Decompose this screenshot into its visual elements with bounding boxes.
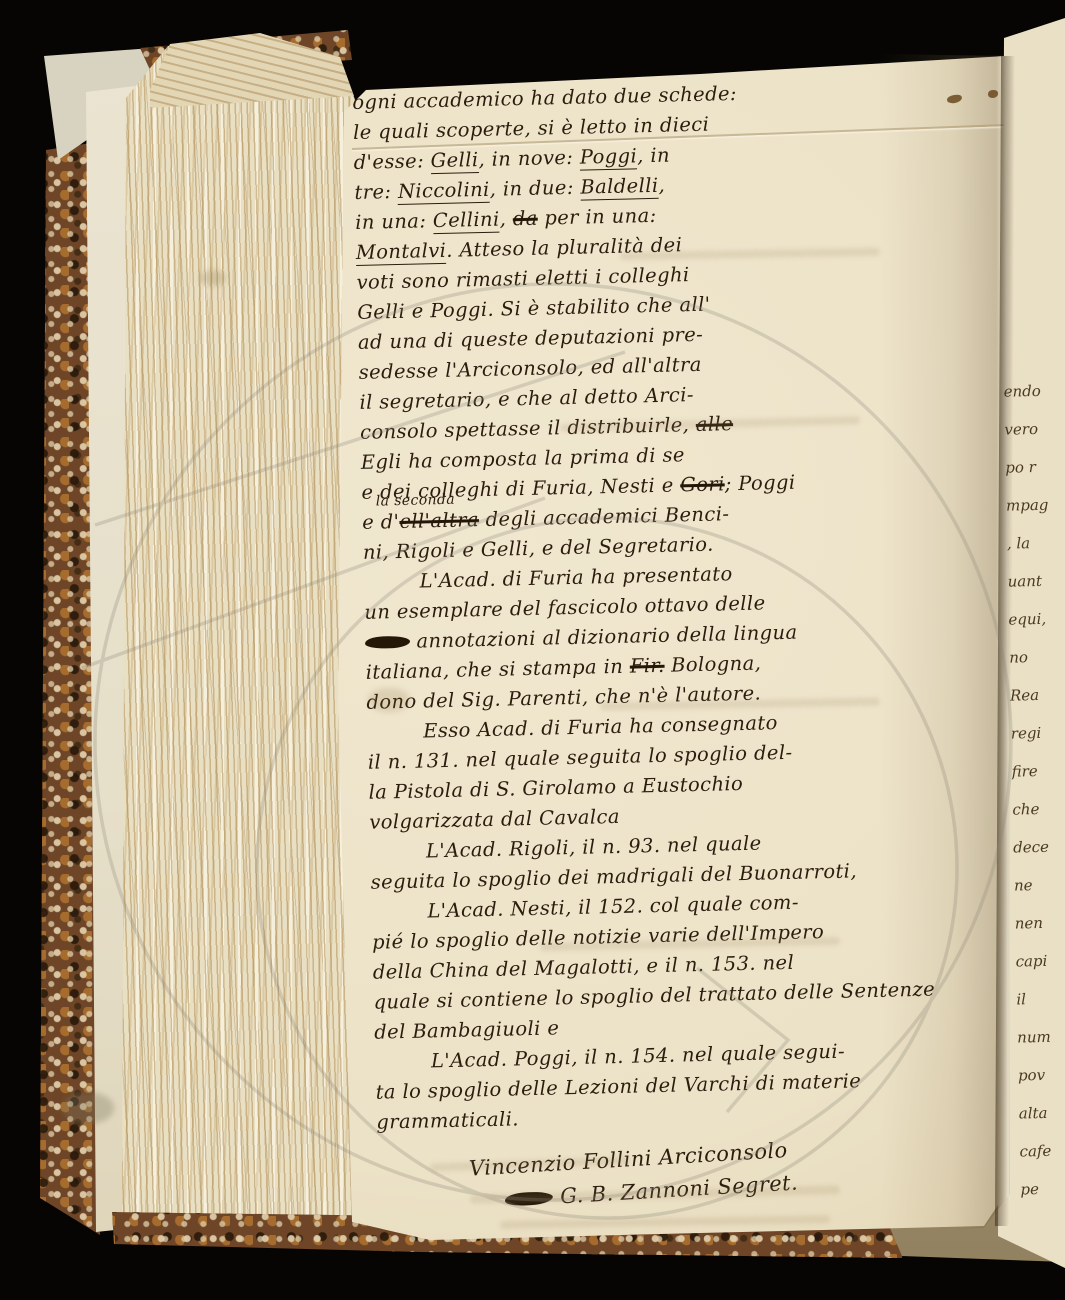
handwriting-segment: annotazioni al dizionario della lingua	[410, 621, 798, 653]
handwriting-segment: Fir.	[630, 654, 665, 678]
facing-page-fragment: nen	[1014, 903, 1065, 942]
facing-page-fragment: no	[1009, 637, 1065, 676]
facing-page-fragment: , la	[1006, 523, 1062, 562]
facing-page-fragment: num	[1017, 1017, 1065, 1056]
handwriting-segment: volgarizzata dal Cavalca	[369, 805, 620, 834]
interlinear-insertion: la seconda	[376, 493, 456, 509]
facing-page-fragment: alta	[1018, 1093, 1065, 1132]
handwriting-segment: Niccolini	[398, 178, 490, 205]
handwriting-segment: Poggi	[580, 144, 638, 170]
handwriting-segment: ni, Rigoli e Gelli, e del Segretario.	[363, 533, 714, 564]
handwriting-segment: grammaticali.	[376, 1107, 519, 1133]
handwriting-segment: Bologna,	[664, 652, 761, 677]
endpaper-smudge	[62, 1092, 114, 1124]
handwriting-segment: la Pistola di S. Girolamo a Eustochio	[368, 772, 743, 804]
facing-page-fragment: che	[1012, 789, 1065, 828]
handwriting-segment: , in due:	[489, 176, 580, 201]
handwriting-segment: ,	[658, 174, 665, 197]
handwriting-segment: Montalvi	[356, 239, 447, 266]
handwriting-segment: , in nove:	[478, 146, 580, 171]
handwriting-segment: in una:	[355, 209, 433, 234]
handwriting-segment: voti sono rimasti eletti i colleghi	[356, 263, 689, 294]
handwriting-segment: , in	[637, 144, 670, 168]
facing-page-fragment: equi,	[1008, 599, 1064, 638]
facing-page-fragment: capi	[1015, 941, 1065, 980]
facing-page-fragment: po r	[1005, 447, 1061, 486]
facing-page-fragment: Rea	[1010, 675, 1065, 714]
handwriting-segment: degli accademici Benci-	[479, 502, 730, 531]
handwriting-segment: d'esse:	[353, 149, 430, 174]
handwriting-segment: L'Acad. di Furia ha presentato	[419, 562, 733, 592]
handwriting-segment: Gelli	[430, 148, 478, 174]
handwriting-segment: L'Acad. Rigoli, il n. 93. nel quale	[426, 832, 762, 863]
manuscript-text: ogni accademico ha dato due schede:le qu…	[352, 72, 1050, 1212]
ink-blot	[365, 636, 410, 649]
handwriting-segment: tre:	[354, 180, 398, 204]
facing-page-fragment: mpag	[1006, 485, 1062, 524]
handwriting-segment: e d'	[362, 510, 400, 534]
handwriting-segment: ell'altra	[399, 508, 479, 533]
handwriting-segment: da	[513, 207, 538, 231]
handwriting-segment: italiana, che si stampa in	[365, 655, 630, 684]
handwriting-segment: ; Poggi	[724, 471, 795, 496]
handwriting-segment: Egli ha composta la prima di se	[361, 443, 686, 474]
facing-page-fragment: fire	[1011, 751, 1065, 790]
handwriting-segment: le quali scoperte, si è letto in dieci	[353, 113, 710, 144]
endpaper-stain	[200, 270, 226, 286]
handwriting-segment: Gelli e Poggi. Si è stabilito che all'	[357, 293, 711, 324]
handwriting-segment: sedesse l'Arciconsolo, ed all'altra	[358, 353, 702, 384]
handwriting-segment: Baldelli	[580, 174, 659, 201]
facing-page-fragment: dece	[1013, 827, 1065, 866]
facing-page-fragment: il	[1016, 979, 1065, 1018]
handwriting-segment: ad una di queste deputazioni pre-	[358, 323, 704, 354]
facing-page-fragment: regi	[1010, 713, 1065, 752]
handwriting-segment: Cellini	[433, 208, 500, 235]
handwriting-segment: L'Acad. Nesti, il 152. col quale com-	[427, 891, 799, 923]
page-stain	[368, 688, 410, 712]
facing-page-fragment: uant	[1007, 561, 1063, 600]
handwriting-segment: Gori	[680, 472, 725, 496]
handwriting-segment: ,	[499, 207, 513, 230]
facing-page-fragment: vero	[1004, 410, 1060, 449]
facing-page-fragment: cafe	[1019, 1131, 1065, 1170]
facing-page-fragment: endo	[1003, 372, 1059, 411]
handwriting-segment: per in una:	[537, 204, 656, 230]
facing-page-fragment: pe	[1020, 1169, 1065, 1208]
handwriting-segment: ogni accademico ha dato due schede:	[352, 82, 737, 114]
handwriting-segment: del Bambagiuoli e	[374, 1016, 560, 1043]
handwriting-segment: Esso Acad. di Furia ha consegnato	[423, 711, 778, 742]
facing-page-fragment: pov	[1018, 1055, 1065, 1094]
facing-page-fragment: ne	[1014, 865, 1065, 904]
handwriting-segment: il segretario, e che al detto Arci-	[359, 383, 694, 414]
